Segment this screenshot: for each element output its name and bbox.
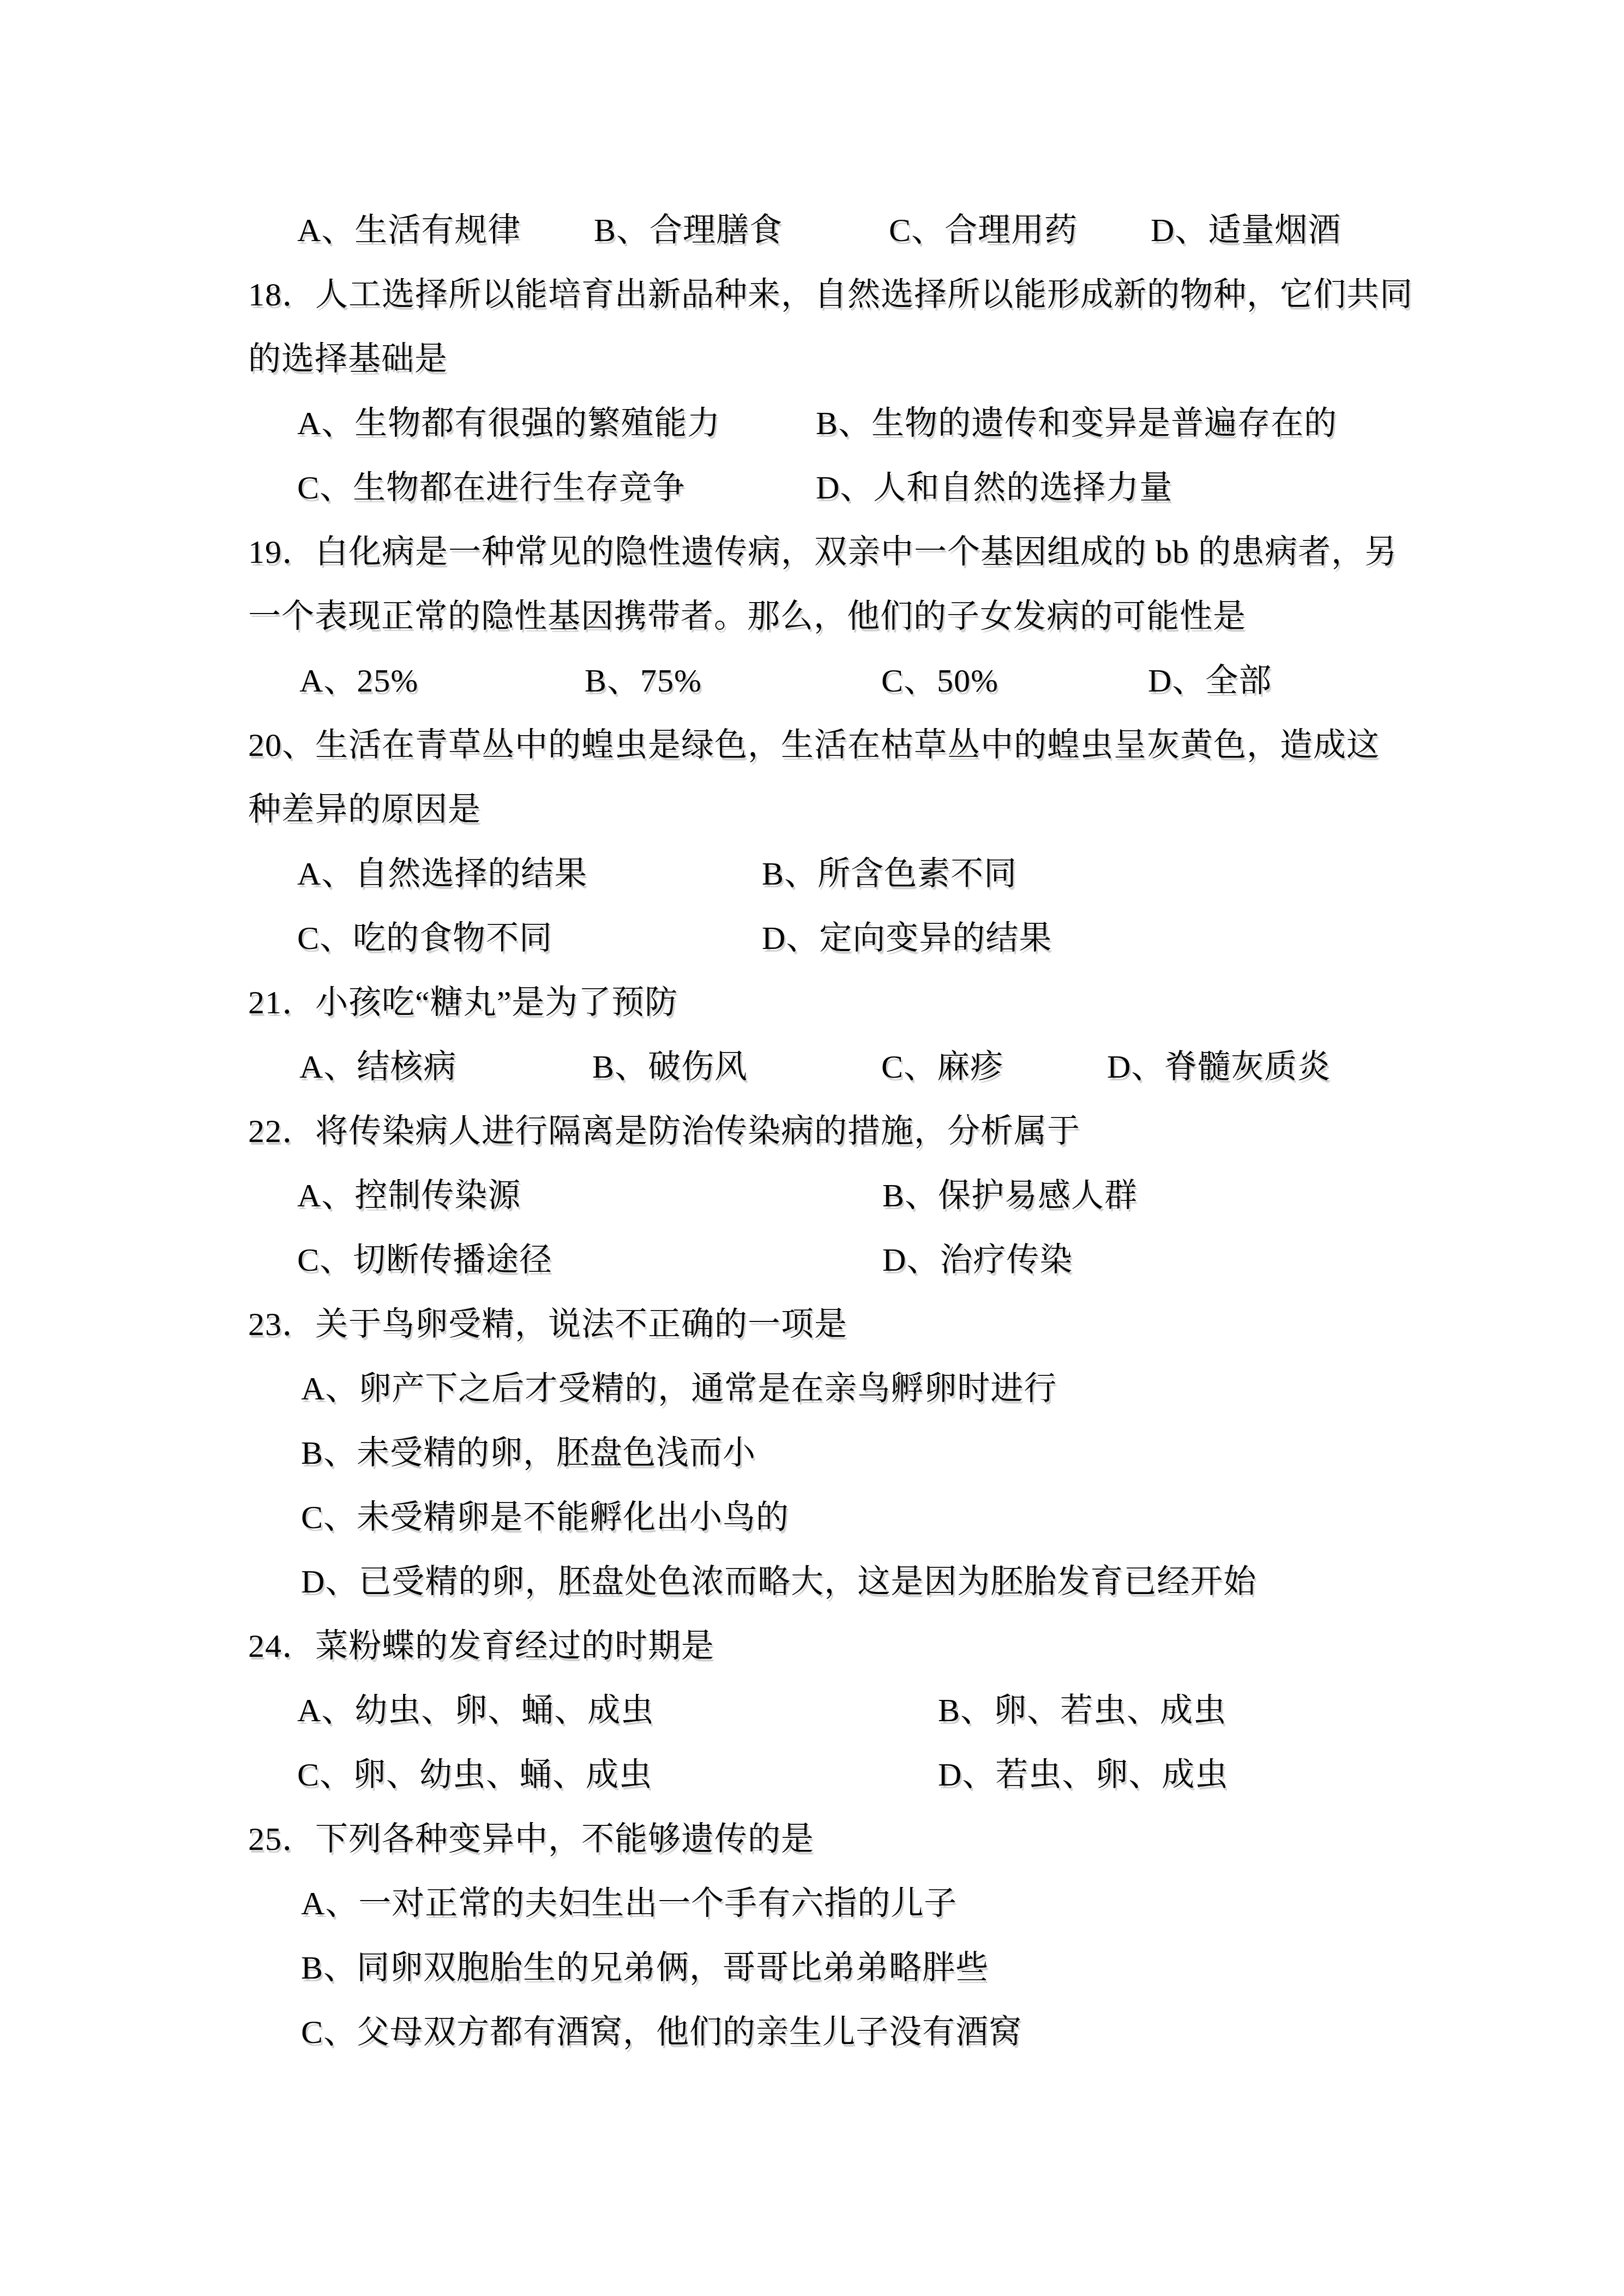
q19-option-a: A、25% (299, 660, 418, 701)
q18-stem-line1: 18．人工选择所以能培育出新品种来，自然选择所以能形成新的物种，它们共同 (248, 274, 1413, 315)
q23-option-a: A、卵产下之后才受精的，通常是在亲鸟孵卵时进行 (301, 1368, 1057, 1409)
q25-option-c: C、父母双方都有酒窝，他们的亲生儿子没有酒窝 (301, 2011, 1022, 2053)
q23-stem-row: 23．关于鸟卵受精，说法不正确的一项是 (0, 1303, 1624, 1345)
exam-page: A、生活有规律 B、合理膳食 C、合理用药 D、适量烟酒 18．人工选择所以能培… (0, 0, 1624, 2296)
q19-option-d: D、全部 (1148, 660, 1272, 701)
q23-option-b: B、未受精的卵，胚盘色浅而小 (301, 1432, 756, 1474)
q22-stem-row: 22．将传染病人进行隔离是防治传染病的措施，分析属于 (0, 1110, 1624, 1152)
q25-option-a-row: A、一对正常的夫妇生出一个手有六指的儿子 (0, 1883, 1624, 1924)
q18-stem-line2: 的选择基础是 (248, 338, 448, 380)
q24-options-cd-row: C、卵、幼虫、蛹、成虫 D、若虫、卵、成虫 (0, 1754, 1624, 1795)
q20-stem-line1: 20、生活在青草丛中的蝗虫是绿色，生活在枯草丛中的蝗虫呈灰黄色，造成这 (248, 724, 1380, 766)
q18-options-cd-row: C、生物都在进行生存竞争 D、人和自然的选择力量 (0, 467, 1624, 508)
q20-stem-line1-row: 20、生活在青草丛中的蝗虫是绿色，生活在枯草丛中的蝗虫呈灰黄色，造成这 (0, 724, 1624, 766)
q22-option-a: A、控制传染源 (297, 1175, 521, 1216)
q20-options-ab-row: A、自然选择的结果 B、所含色素不同 (0, 853, 1624, 894)
q19-stem-line2: 一个表现正常的隐性基因携带者。那么，他们的子女发病的可能性是 (248, 596, 1246, 637)
q22-options-cd-row: C、切断传播途径 D、治疗传染 (0, 1239, 1624, 1281)
q23-stem: 23．关于鸟卵受精，说法不正确的一项是 (248, 1303, 847, 1345)
q24-options-ab-row: A、幼虫、卵、蛹、成虫 B、卵、若虫、成虫 (0, 1690, 1624, 1731)
q22-options-ab-row: A、控制传染源 B、保护易感人群 (0, 1175, 1624, 1216)
q23-option-d-row: D、已受精的卵，胚盘处色浓而略大，这是因为胚胎发育已经开始 (0, 1561, 1624, 1602)
q21-option-c: C、麻疹 (881, 1046, 1003, 1087)
q17-option-d: D、适量烟酒 (1151, 209, 1341, 251)
q23-option-a-row: A、卵产下之后才受精的，通常是在亲鸟孵卵时进行 (0, 1368, 1624, 1409)
q19-option-b: B、75% (585, 660, 702, 701)
q19-option-c: C、50% (881, 660, 999, 701)
q18-option-d: D、人和自然的选择力量 (816, 467, 1172, 508)
q20-option-c: C、吃的食物不同 (297, 917, 552, 959)
q25-option-a: A、一对正常的夫妇生出一个手有六指的儿子 (301, 1883, 957, 1924)
q20-option-b: B、所含色素不同 (762, 853, 1017, 894)
q18-option-a: A、生物都有很强的繁殖能力 (297, 402, 720, 444)
q19-stem-line2-row: 一个表现正常的隐性基因携带者。那么，他们的子女发病的可能性是 (0, 596, 1624, 637)
q24-stem-row: 24．菜粉蝶的发育经过的时期是 (0, 1625, 1624, 1667)
q23-option-c-row: C、未受精卵是不能孵化出小鸟的 (0, 1496, 1624, 1538)
q22-option-d: D、治疗传染 (882, 1239, 1073, 1281)
q21-option-d: D、脊髓灰质炎 (1107, 1046, 1331, 1087)
q19-stem-line1-row: 19．白化病是一种常见的隐性遗传病，双亲中一个基因组成的 bb 的患病者，另 (0, 531, 1624, 573)
q18-options-ab-row: A、生物都有很强的繁殖能力 B、生物的遗传和变异是普遍存在的 (0, 402, 1624, 444)
q18-stem-line1-row: 18．人工选择所以能培育出新品种来，自然选择所以能形成新的物种，它们共同 (0, 274, 1624, 315)
q25-option-b-row: B、同卵双胞胎生的兄弟俩，哥哥比弟弟略胖些 (0, 1947, 1624, 1988)
q23-option-b-row: B、未受精的卵，胚盘色浅而小 (0, 1432, 1624, 1474)
q20-option-d: D、定向变异的结果 (762, 917, 1052, 959)
q22-option-c: C、切断传播途径 (297, 1239, 552, 1281)
q20-stem-line2-row: 种差异的原因是 (0, 789, 1624, 830)
q24-option-c: C、卵、幼虫、蛹、成虫 (297, 1754, 652, 1795)
q23-option-d: D、已受精的卵，胚盘处色浓而略大，这是因为胚胎发育已经开始 (301, 1561, 1256, 1602)
q25-stem: 25．下列各种变异中，不能够遗传的是 (248, 1818, 814, 1860)
q25-option-c-row: C、父母双方都有酒窝，他们的亲生儿子没有酒窝 (0, 2011, 1624, 2053)
q24-option-d: D、若虫、卵、成虫 (938, 1754, 1228, 1795)
q17-option-a: A、生活有规律 (297, 209, 521, 251)
q21-option-b: B、破伤风 (592, 1046, 748, 1087)
q21-option-a: A、结核病 (299, 1046, 456, 1087)
q22-option-b: B、保护易感人群 (882, 1175, 1138, 1216)
q19-options-row: A、25% B、75% C、50% D、全部 (0, 660, 1624, 701)
q21-stem-row: 21．小孩吃“糖丸”是为了预防 (0, 982, 1624, 1023)
q17-option-c: C、合理用药 (889, 209, 1078, 251)
q20-options-cd-row: C、吃的食物不同 D、定向变异的结果 (0, 917, 1624, 959)
q24-option-a: A、幼虫、卵、蛹、成虫 (297, 1690, 654, 1731)
q19-stem-line1: 19．白化病是一种常见的隐性遗传病，双亲中一个基因组成的 bb 的患病者，另 (248, 531, 1398, 573)
q17-options-row: A、生活有规律 B、合理膳食 C、合理用药 D、适量烟酒 (0, 209, 1624, 251)
q23-option-c: C、未受精卵是不能孵化出小鸟的 (301, 1496, 789, 1538)
q21-stem: 21．小孩吃“糖丸”是为了预防 (248, 982, 678, 1023)
q17-option-b: B、合理膳食 (594, 209, 783, 251)
q24-stem: 24．菜粉蝶的发育经过的时期是 (248, 1625, 714, 1667)
q24-option-b: B、卵、若虫、成虫 (938, 1690, 1226, 1731)
q22-stem: 22．将传染病人进行隔离是防治传染病的措施，分析属于 (248, 1110, 1080, 1152)
q18-option-c: C、生物都在进行生存竞争 (297, 467, 685, 508)
q25-stem-row: 25．下列各种变异中，不能够遗传的是 (0, 1818, 1624, 1860)
q18-option-b: B、生物的遗传和变异是普遍存在的 (816, 402, 1337, 444)
q20-option-a: A、自然选择的结果 (297, 853, 587, 894)
q25-option-b: B、同卵双胞胎生的兄弟俩，哥哥比弟弟略胖些 (301, 1947, 989, 1988)
q20-stem-line2: 种差异的原因是 (248, 789, 481, 830)
q18-stem-line2-row: 的选择基础是 (0, 338, 1624, 380)
q21-options-row: A、结核病 B、破伤风 C、麻疹 D、脊髓灰质炎 (0, 1046, 1624, 1087)
